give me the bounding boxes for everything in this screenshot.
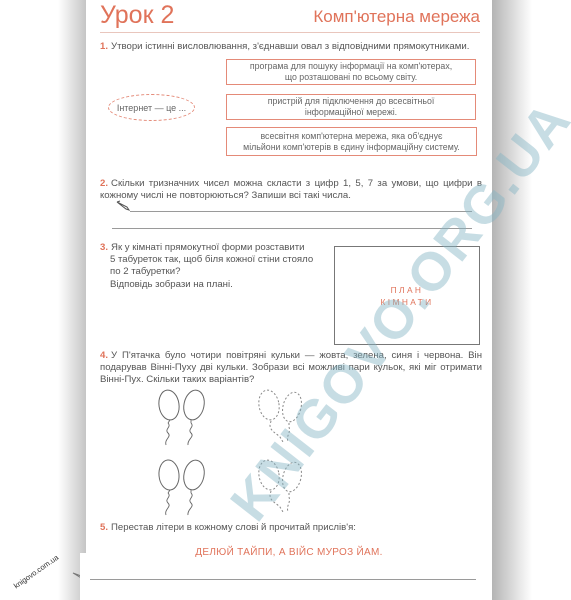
header-divider xyxy=(100,32,480,33)
task-number: 1. xyxy=(100,41,108,52)
oval-text: Інтернет — це ... xyxy=(117,103,186,113)
task-number: 2. xyxy=(100,178,108,189)
answer-line-proverb[interactable] xyxy=(86,579,476,580)
internet-oval[interactable]: Інтернет — це ... xyxy=(108,94,195,121)
option-text: мільйони комп'ютерів в єдину інформаційн… xyxy=(227,142,476,153)
task-number: 4. xyxy=(100,350,108,361)
task-number: 5. xyxy=(100,522,108,533)
option-text: всесвітня комп'ютерна мережа, яка об'єдн… xyxy=(227,131,476,142)
option-box-3[interactable]: всесвітня комп'ютерна мережа, яка об'єдн… xyxy=(226,127,477,156)
answer-line-2[interactable] xyxy=(112,228,472,229)
lesson-title: Урок 2 xyxy=(100,1,174,30)
plan-label: ПЛАН xyxy=(391,284,424,296)
balloon-pair-solid-1 xyxy=(156,388,216,450)
scrambled-proverb: ДЕЛЮЙ ТАЙПИ, А ВІЙС МУРОЗ ЙАМ. xyxy=(86,547,492,558)
option-text: пристрій для підключення до всесвітньої xyxy=(227,96,475,107)
page-fold xyxy=(80,553,90,600)
task-number: 3. xyxy=(100,242,108,253)
balloon-pair-dashed-1[interactable] xyxy=(254,388,314,450)
plan-label: КІМНАТИ xyxy=(380,296,433,308)
page-shadow-right xyxy=(492,0,532,600)
task-text-line: Відповідь зобрази на плані. xyxy=(100,279,315,291)
task-4: 4.У П'ятачка було чотири повітряні кульк… xyxy=(100,350,482,387)
task-text: У П'ятачка було чотири повітряні кульки … xyxy=(100,350,482,385)
task-text: Перестав літери в кожному слові й прочит… xyxy=(111,522,356,533)
option-text: інформаційної мережі. xyxy=(227,107,475,118)
task-2: 2.Скільки тризначних чисел можна скласти… xyxy=(100,178,482,202)
corner-stamp: knigovo.com.ua xyxy=(12,553,60,591)
task-1: 1.Утвори істинні висловлювання, з'єднавш… xyxy=(100,41,482,53)
pencil-icon xyxy=(116,200,130,212)
task-3: 3.Як у кімнаті прямокутної форми розстав… xyxy=(100,242,315,291)
task-text: Утвори істинні висловлювання, з'єднавши … xyxy=(111,41,469,52)
option-text: програма для пошуку інформації на комп'ю… xyxy=(227,61,475,72)
balloon-pair-solid-2 xyxy=(156,458,216,520)
option-text: що розташовані по всьому світу. xyxy=(227,72,475,83)
option-box-1[interactable]: програма для пошуку інформації на комп'ю… xyxy=(226,59,476,85)
task-text-line: Як у кімнаті прямокутної форми розставит… xyxy=(111,242,304,253)
task-text: Скільки тризначних чисел можна скласти з… xyxy=(100,178,482,201)
task-text-line: 5 табуреток так, щоб біля кожної стіни с… xyxy=(100,254,315,266)
task-text-line: по 2 табуретки? xyxy=(100,266,315,278)
room-plan-box[interactable]: ПЛАН КІМНАТИ xyxy=(334,246,480,345)
task-5: 5.Перестав літери в кожному слові й проч… xyxy=(100,522,482,534)
page-shadow-left xyxy=(58,0,86,600)
workbook-page: Урок 2 Комп'ютерна мережа 1.Утвори істин… xyxy=(86,0,492,600)
topic-title: Комп'ютерна мережа xyxy=(313,7,480,27)
option-box-2[interactable]: пристрій для підключення до всесвітньої … xyxy=(226,94,476,120)
answer-line-1[interactable] xyxy=(130,211,472,212)
balloon-pair-dashed-2[interactable] xyxy=(254,458,314,520)
